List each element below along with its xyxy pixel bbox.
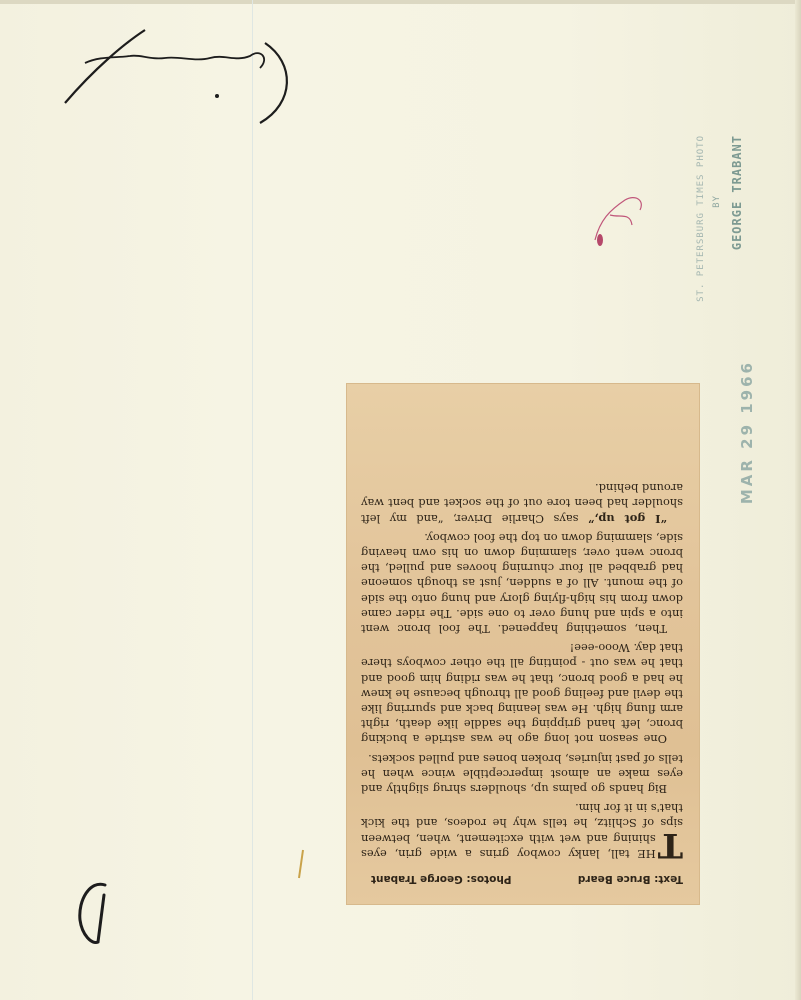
stamp-by: BY (712, 195, 722, 208)
fold-line (252, 0, 253, 1000)
red-ink-scribble (590, 180, 650, 250)
handwritten-note (55, 18, 305, 128)
text-credit: Text: Bruce Beard (578, 871, 683, 886)
photographer-credit-stamp: GEORGE TRABANT BY ST. PETERSBURG TIMES P… (690, 125, 790, 305)
paper-edge-top (0, 0, 801, 4)
newspaper-clipping: Text: Bruce Beard Photos: George Trabant… (347, 384, 699, 904)
drop-cap: T (658, 831, 683, 859)
quote-lead: “I got up,” (588, 512, 667, 526)
photo-credit: Photos: George Trabant (371, 871, 512, 886)
byline: Text: Bruce Beard Photos: George Trabant (361, 871, 683, 886)
stamp-publication: ST. PETERSBURG TIMES PHOTO (696, 135, 706, 302)
clipping-text-upside-down: Text: Bruce Beard Photos: George Trabant… (347, 384, 699, 904)
article-paragraph: Then, something happened. The fool bronc… (361, 530, 683, 636)
article-paragraph: One season not long ago he was astride a… (361, 640, 683, 746)
article-paragraph: THE tall, lanky cowboy grins a wide grin… (361, 800, 683, 861)
handwritten-number-mark (70, 880, 120, 950)
article-paragraph: Big hands go palms up, shoulders shrug s… (361, 750, 683, 796)
paragraph-text: HE tall, lanky cowboy grins a wide grin,… (361, 801, 683, 861)
stamp-photographer-name: GEORGE TRABANT (730, 135, 744, 250)
pencil-tick-mark (296, 848, 306, 888)
article-paragraph: “I got up,” says Charlie Driver, “and my… (361, 480, 683, 526)
paper-edge-right (795, 0, 801, 1000)
date-stamp: MAR 29 1966 (738, 360, 756, 504)
